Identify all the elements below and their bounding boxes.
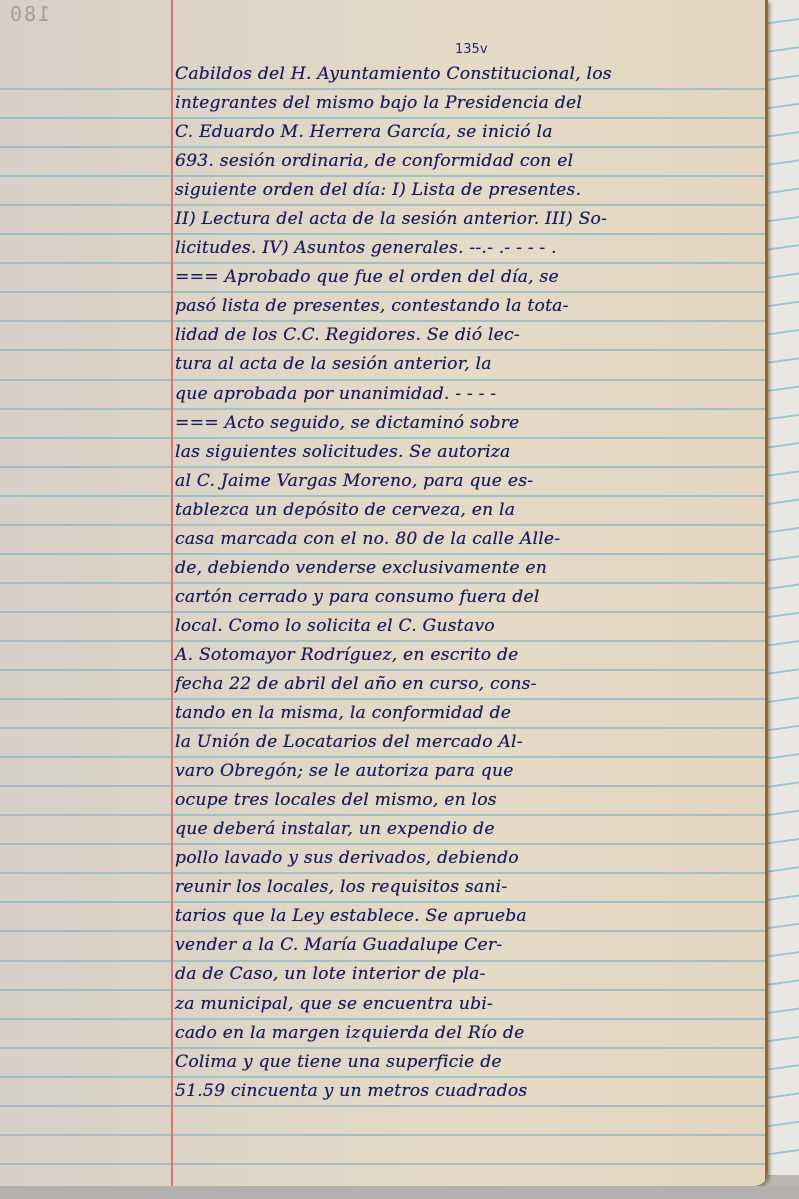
- text-line: que deberá instalar, un expendio de: [175, 815, 768, 844]
- text-line: integrantes del mismo bajo la Presidenci…: [175, 89, 768, 118]
- text-line: tablezca un depósito de cerveza, en la: [175, 496, 768, 525]
- text-line: siguiente orden del día: I) Lista de pre…: [175, 176, 768, 205]
- rule-line: [0, 1134, 768, 1136]
- text-line: las siguientes solicitudes. Se autoriza: [175, 438, 768, 467]
- folio-number: 135v: [455, 42, 488, 57]
- text-line: === Acto seguido, se dictaminó sobre: [175, 409, 768, 438]
- desk-surface: [0, 1186, 799, 1199]
- text-line: fecha 22 de abril del año en curso, cons…: [175, 670, 768, 699]
- text-line: pasó lista de presentes, contestando la …: [175, 292, 768, 321]
- text-line: al C. Jaime Vargas Moreno, para que es-: [175, 467, 768, 496]
- text-line: ocupe tres locales del mismo, en los: [175, 786, 768, 815]
- text-line: pollo lavado y sus derivados, debiendo: [175, 844, 768, 873]
- text-line: === Aprobado que fue el orden del día, s…: [175, 263, 768, 292]
- text-line: local. Como lo solicita el C. Gustavo: [175, 612, 768, 641]
- text-line: Colima y que tiene una superficie de: [175, 1048, 768, 1077]
- text-line: cartón cerrado y para consumo fuera del: [175, 583, 768, 612]
- text-line: lidad de los C.C. Regidores. Se dió lec-: [175, 321, 768, 350]
- text-line: de, debiendo venderse exclusivamente en: [175, 554, 768, 583]
- stamped-page-number: 180: [8, 2, 50, 26]
- text-line: C. Eduardo M. Herrera García, se inició …: [175, 118, 768, 147]
- text-line: la Unión de Locatarios del mercado Al-: [175, 728, 768, 757]
- text-line: reunir los locales, los requisitos sani-: [175, 873, 768, 902]
- text-line: da de Caso, un lote interior de pla-: [175, 960, 768, 989]
- text-line: 51.59 cincuenta y un metros cuadrados: [175, 1077, 768, 1106]
- text-line: za municipal, que se encuentra ubi-: [175, 990, 768, 1019]
- text-line: Cabildos del H. Ayuntamiento Constitucio…: [175, 60, 768, 89]
- text-line: tando en la misma, la conformidad de: [175, 699, 768, 728]
- rule-line: [0, 1163, 768, 1165]
- text-line: licitudes. IV) Asuntos generales. --.- .…: [175, 234, 768, 263]
- text-line: tura al acta de la sesión anterior, la: [175, 350, 768, 379]
- text-line: cado en la margen izquierda del Río de: [175, 1019, 768, 1048]
- text-line: varo Obregón; se le autoriza para que: [175, 757, 768, 786]
- ledger-page: 180 135v Cabildos del H. Ayuntamiento Co…: [0, 0, 768, 1186]
- text-line: tarios que la Ley establece. Se aprueba: [175, 902, 768, 931]
- text-line: casa marcada con el no. 80 de la calle A…: [175, 525, 768, 554]
- text-line: A. Sotomayor Rodríguez, en escrito de: [175, 641, 768, 670]
- text-line: II) Lectura del acta de la sesión anteri…: [175, 205, 768, 234]
- handwritten-text: Cabildos del H. Ayuntamiento Constitucio…: [175, 60, 768, 1106]
- text-line: 693. sesión ordinaria, de conformidad co…: [175, 147, 768, 176]
- margin-line: [171, 0, 173, 1186]
- text-line: vender a la C. María Guadalupe Cer-: [175, 931, 768, 960]
- text-line: que aprobada por unanimidad. - - - -: [175, 380, 768, 409]
